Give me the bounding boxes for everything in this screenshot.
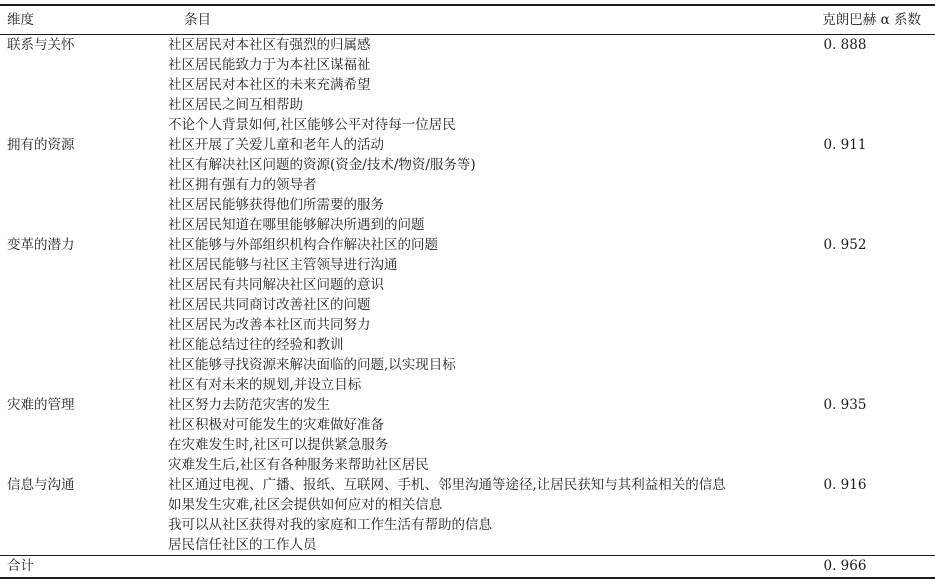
alpha-cell bbox=[755, 215, 935, 235]
total-label: 合计 bbox=[0, 556, 168, 577]
dimension-cell: 信息与沟通 bbox=[0, 475, 168, 495]
table-row: 变革的潜力社区能够与外部组织机构合作解决社区的问题0. 952 bbox=[0, 235, 935, 255]
dimension-cell bbox=[0, 75, 168, 95]
item-cell: 社区能够与外部组织机构合作解决社区的问题 bbox=[168, 235, 755, 255]
dimension-cell bbox=[0, 455, 168, 475]
item-cell: 社区有解决社区问题的资源(资金/技术/物资/服务等) bbox=[168, 155, 755, 175]
item-cell: 社区居民能够与社区主管领导进行沟通 bbox=[168, 255, 755, 275]
alpha-cell bbox=[755, 415, 935, 435]
dimension-cell: 联系与关怀 bbox=[0, 35, 168, 55]
dimension-cell bbox=[0, 415, 168, 435]
alpha-cell bbox=[755, 375, 935, 395]
item-cell: 在灾难发生时,社区可以提供紧急服务 bbox=[168, 435, 755, 455]
alpha-cell bbox=[755, 115, 935, 135]
item-cell: 社区居民之间互相帮助 bbox=[168, 95, 755, 115]
table-row: 社区居民知道在哪里能够解决所遇到的问题 bbox=[0, 215, 935, 235]
item-cell: 社区能够寻找资源来解决面临的问题,以实现目标 bbox=[168, 355, 755, 375]
alpha-cell bbox=[755, 195, 935, 215]
dimension-cell bbox=[0, 355, 168, 375]
alpha-cell bbox=[755, 515, 935, 535]
item-cell: 如果发生灾难,社区会提供如何应对的相关信息 bbox=[168, 495, 755, 515]
item-cell: 社区居民对本社区的未来充满希望 bbox=[168, 75, 755, 95]
alpha-cell bbox=[755, 295, 935, 315]
header-alpha: 克朗巴赫 α 系数 bbox=[755, 6, 935, 34]
item-cell: 社区开展了关爱儿童和老年人的活动 bbox=[168, 135, 755, 155]
item-cell: 社区居民能致力于为本社区谋福祉 bbox=[168, 55, 755, 75]
dimension-cell bbox=[0, 535, 168, 555]
alpha-cell bbox=[755, 155, 935, 175]
table-row: 社区积极对可能发生的灾难做好准备 bbox=[0, 415, 935, 435]
alpha-cell: 0. 888 bbox=[755, 35, 935, 55]
item-cell: 社区拥有强有力的领导者 bbox=[168, 175, 755, 195]
alpha-cell bbox=[755, 335, 935, 355]
table-row: 信息与沟通社区通过电视、广播、报纸、互联网、手机、邻里沟通等途径,让居民获知与其… bbox=[0, 475, 935, 495]
dimension-cell bbox=[0, 55, 168, 75]
item-cell: 社区有对未来的规划,并设立目标 bbox=[168, 375, 755, 395]
item-cell: 社区居民为改善本社区而共同努力 bbox=[168, 315, 755, 335]
alpha-cell bbox=[755, 175, 935, 195]
dimension-cell bbox=[0, 315, 168, 335]
table-row: 社区能总结过往的经验和教训 bbox=[0, 335, 935, 355]
alpha-cell bbox=[755, 255, 935, 275]
table-row: 在灾难发生时,社区可以提供紧急服务 bbox=[0, 435, 935, 455]
total-alpha-value: 0. 966 bbox=[755, 556, 935, 577]
dimension-cell bbox=[0, 495, 168, 515]
dimension-cell bbox=[0, 195, 168, 215]
dimension-cell: 变革的潜力 bbox=[0, 235, 168, 255]
item-cell: 社区努力去防范灾害的发生 bbox=[168, 395, 755, 415]
table-row: 社区居民之间互相帮助 bbox=[0, 95, 935, 115]
table-row: 居民信任社区的工作人员 bbox=[0, 535, 935, 555]
item-cell: 灾难发生后,社区有各种服务来帮助社区居民 bbox=[168, 455, 755, 475]
item-cell: 我可以从社区获得对我的家庭和工作生活有帮助的信息 bbox=[168, 515, 755, 535]
alpha-cell: 0. 952 bbox=[755, 235, 935, 255]
dimension-cell bbox=[0, 375, 168, 395]
item-cell: 社区居民共同商讨改善社区的问题 bbox=[168, 295, 755, 315]
table-body: 联系与关怀社区居民对本社区有强烈的归属感0. 888社区居民能致力于为本社区谋福… bbox=[0, 35, 935, 555]
table-row: 拥有的资源社区开展了关爱儿童和老年人的活动0. 911 bbox=[0, 135, 935, 155]
alpha-cell bbox=[755, 315, 935, 335]
dimension-cell bbox=[0, 155, 168, 175]
table-row: 社区居民对本社区的未来充满希望 bbox=[0, 75, 935, 95]
alpha-cell: 0. 916 bbox=[755, 475, 935, 495]
table-row: 社区居民有共同解决社区问题的意识 bbox=[0, 275, 935, 295]
alpha-cell bbox=[755, 495, 935, 515]
item-cell: 社区能总结过往的经验和教训 bbox=[168, 335, 755, 355]
table-row: 灾难发生后,社区有各种服务来帮助社区居民 bbox=[0, 455, 935, 475]
dimension-cell bbox=[0, 275, 168, 295]
reliability-table: 维度 条目 克朗巴赫 α 系数 联系与关怀社区居民对本社区有强烈的归属感0. 8… bbox=[0, 0, 935, 588]
table-row: 社区能够寻找资源来解决面临的问题,以实现目标 bbox=[0, 355, 935, 375]
header-dimension: 维度 bbox=[0, 6, 168, 34]
table-row: 我可以从社区获得对我的家庭和工作生活有帮助的信息 bbox=[0, 515, 935, 535]
alpha-cell: 0. 911 bbox=[755, 135, 935, 155]
alpha-cell bbox=[755, 75, 935, 95]
table-row: 联系与关怀社区居民对本社区有强烈的归属感0. 888 bbox=[0, 35, 935, 55]
alpha-cell bbox=[755, 455, 935, 475]
alpha-cell bbox=[755, 535, 935, 555]
item-cell: 社区居民有共同解决社区问题的意识 bbox=[168, 275, 755, 295]
dimension-cell bbox=[0, 435, 168, 455]
table-header-row: 维度 条目 克朗巴赫 α 系数 bbox=[0, 6, 935, 34]
table-row: 社区居民共同商讨改善社区的问题 bbox=[0, 295, 935, 315]
table-row: 社区居民能够与社区主管领导进行沟通 bbox=[0, 255, 935, 275]
total-item-cell-empty bbox=[168, 556, 755, 577]
alpha-cell bbox=[755, 95, 935, 115]
dimension-cell bbox=[0, 295, 168, 315]
total-row: 合计 0. 966 bbox=[0, 556, 935, 577]
alpha-cell bbox=[755, 55, 935, 75]
item-cell: 社区居民知道在哪里能够解决所遇到的问题 bbox=[168, 215, 755, 235]
dimension-cell: 拥有的资源 bbox=[0, 135, 168, 155]
table-row: 不论个人背景如何,社区能够公平对待每一位居民 bbox=[0, 115, 935, 135]
dimension-cell bbox=[0, 215, 168, 235]
alpha-cell: 0. 935 bbox=[755, 395, 935, 415]
item-cell: 社区通过电视、广播、报纸、互联网、手机、邻里沟通等途径,让居民获知与其利益相关的… bbox=[168, 475, 755, 495]
table-bottom-rule bbox=[0, 577, 935, 579]
dimension-cell: 灾难的管理 bbox=[0, 395, 168, 415]
table-row: 社区有对未来的规划,并设立目标 bbox=[0, 375, 935, 395]
item-cell: 社区积极对可能发生的灾难做好准备 bbox=[168, 415, 755, 435]
dimension-cell bbox=[0, 95, 168, 115]
table-row: 社区有解决社区问题的资源(资金/技术/物资/服务等) bbox=[0, 155, 935, 175]
dimension-cell bbox=[0, 115, 168, 135]
dimension-cell bbox=[0, 175, 168, 195]
header-item-label: 条目 bbox=[184, 12, 211, 28]
item-cell: 居民信任社区的工作人员 bbox=[168, 535, 755, 555]
dimension-cell bbox=[0, 255, 168, 275]
alpha-cell bbox=[755, 435, 935, 455]
item-cell: 社区居民对本社区有强烈的归属感 bbox=[168, 35, 755, 55]
alpha-cell bbox=[755, 275, 935, 295]
header-item: 条目 bbox=[168, 6, 755, 34]
table-row: 社区居民能致力于为本社区谋福祉 bbox=[0, 55, 935, 75]
item-cell: 社区居民能够获得他们所需要的服务 bbox=[168, 195, 755, 215]
dimension-cell bbox=[0, 335, 168, 355]
item-cell: 不论个人背景如何,社区能够公平对待每一位居民 bbox=[168, 115, 755, 135]
table-row: 社区拥有强有力的领导者 bbox=[0, 175, 935, 195]
table-row: 灾难的管理社区努力去防范灾害的发生0. 935 bbox=[0, 395, 935, 415]
table-row: 社区居民能够获得他们所需要的服务 bbox=[0, 195, 935, 215]
table-row: 如果发生灾难,社区会提供如何应对的相关信息 bbox=[0, 495, 935, 515]
alpha-cell bbox=[755, 355, 935, 375]
dimension-cell bbox=[0, 515, 168, 535]
table-row: 社区居民为改善本社区而共同努力 bbox=[0, 315, 935, 335]
